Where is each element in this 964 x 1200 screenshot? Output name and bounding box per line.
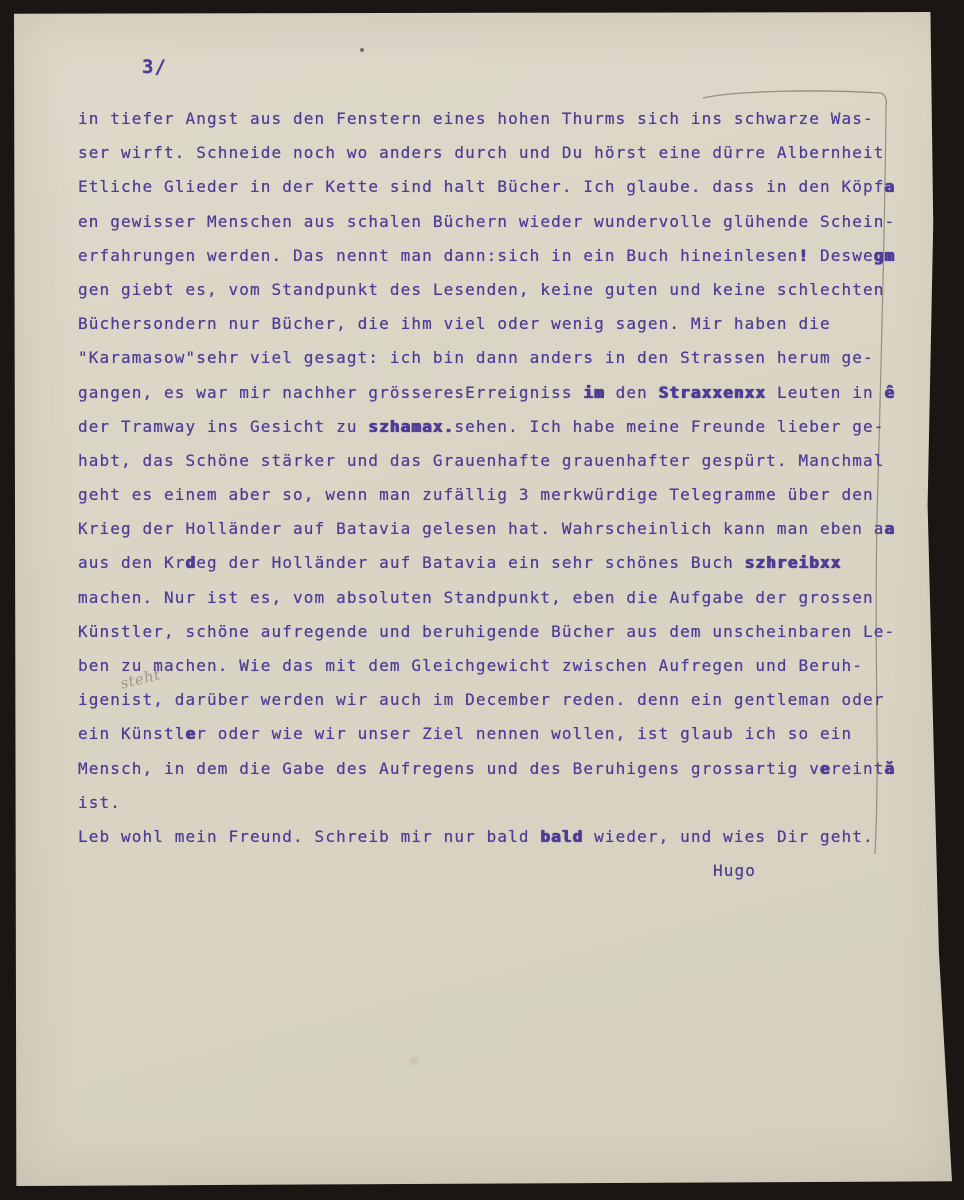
- overtyped-text: Straxxenxx: [659, 383, 767, 402]
- typed-text: Krieg der Holländer auf Batavia gelesen …: [78, 519, 884, 538]
- typed-text: "Karamasow"sehr viel gesagt: ich bin dan…: [78, 348, 874, 367]
- typed-text: Leuten in: [766, 383, 884, 402]
- typed-line: ben zu machen. Wie das mit dem Gleichgew…: [78, 649, 908, 683]
- typed-text: en gewisser Menschen aus schalen Büchern…: [78, 212, 895, 231]
- overtyped-text: gm: [874, 246, 896, 265]
- overtyped-text: bald: [540, 827, 583, 846]
- typed-text: sehen. Ich habe meine Freunde lieber ge-: [454, 417, 884, 436]
- overtyped-text: szhamax.: [368, 417, 454, 436]
- typed-line: in tiefer Angst aus den Fenstern eines h…: [78, 102, 908, 136]
- typed-line: Mensch, in dem die Gabe des Aufregens un…: [78, 752, 908, 786]
- typed-line: Büchersondern nur Bücher, die ihm viel o…: [78, 307, 908, 341]
- typed-line: Leb wohl mein Freund. Schreib mir nur ba…: [78, 820, 908, 854]
- typed-text: igenist, darüber werden wir auch im Dece…: [78, 690, 884, 709]
- typed-line: gen giebt es, vom Standpunkt des Lesende…: [78, 273, 908, 307]
- overtyped-text: a: [884, 519, 895, 538]
- overtyped-text: !: [798, 246, 809, 265]
- typed-text: Leb wohl mein Freund. Schreib mir nur ba…: [78, 827, 540, 846]
- typed-text: gen giebt es, vom Standpunkt des Lesende…: [78, 280, 884, 299]
- typed-text: geht es einem aber so, wenn man zufällig…: [78, 485, 874, 504]
- typed-text: wieder, und wies Dir geht.: [583, 827, 873, 846]
- typed-text: Künstler, schöne aufregende und beruhige…: [78, 622, 895, 641]
- typed-line: Krieg der Holländer auf Batavia gelesen …: [78, 512, 908, 546]
- typed-text: der Tramway ins Gesicht zu: [78, 417, 368, 436]
- typed-line: en gewisser Menschen aus schalen Büchern…: [78, 205, 908, 239]
- typed-line: erfahrungen werden. Das nennt man dann:s…: [78, 239, 908, 273]
- typed-text: aus den Kr: [78, 553, 186, 572]
- typed-text: den: [605, 383, 659, 402]
- typed-line: Etliche Glieder in der Kette sind halt B…: [78, 170, 908, 204]
- typed-text: in tiefer Angst aus den Fenstern eines h…: [78, 109, 874, 128]
- paper-stain: [409, 1057, 419, 1065]
- signature-line: Hugo: [78, 854, 908, 888]
- typed-text: erfahrungen werden. Das nennt man dann:s…: [78, 246, 798, 265]
- typed-line: der Tramway ins Gesicht zu szhamax.sehen…: [78, 410, 908, 444]
- typed-line: igenist, darüber werden wir auch im Dece…: [78, 683, 908, 717]
- typed-line: geht es einem aber so, wenn man zufällig…: [78, 478, 908, 512]
- typed-text: Etliche Glieder in der Kette sind halt B…: [78, 177, 884, 196]
- typed-line: Künstler, schöne aufregende und beruhige…: [78, 615, 908, 649]
- typed-lines: in tiefer Angst aus den Fenstern eines h…: [78, 102, 908, 888]
- typed-text: ben zu machen. Wie das mit dem Gleichgew…: [78, 656, 863, 675]
- paper-speck: [360, 48, 364, 52]
- overtyped-text: e: [820, 759, 831, 778]
- overtyped-text: szhreibxx: [745, 553, 842, 572]
- overtyped-text: ă: [884, 759, 895, 778]
- overtyped-text: a: [884, 177, 895, 196]
- typed-text: ist.: [78, 793, 121, 812]
- typed-text: ser wirft. Schneide noch wo anders durch…: [78, 143, 884, 162]
- typed-line: machen. Nur ist es, vom absoluten Standp…: [78, 581, 908, 615]
- typed-line: gangen, es war mir nachher grösseresErre…: [78, 376, 908, 410]
- typed-text: Büchersondern nur Bücher, die ihm viel o…: [78, 314, 831, 333]
- typed-text: ein Künstl: [78, 724, 186, 743]
- typed-text: Hugo: [713, 861, 756, 880]
- typed-text: Mensch, in dem die Gabe des Aufregens un…: [78, 759, 820, 778]
- typed-text: Deswe: [809, 246, 874, 265]
- typed-line: aus den Krdeg der Holländer auf Batavia …: [78, 546, 908, 580]
- typed-text: reint: [831, 759, 885, 778]
- page-number: 3/: [142, 56, 167, 78]
- typed-line: ist.: [78, 786, 908, 820]
- overtyped-text: e: [186, 724, 197, 743]
- typed-line: ser wirft. Schneide noch wo anders durch…: [78, 136, 908, 170]
- typed-text: r oder wie wir unser Ziel nennen wollen,…: [196, 724, 852, 743]
- typed-text: machen. Nur ist es, vom absoluten Standp…: [78, 588, 874, 607]
- typed-line: habt, das Schöne stärker und das Grauenh…: [78, 444, 908, 478]
- typed-text: eg der Holländer auf Batavia ein sehr sc…: [196, 553, 744, 572]
- typed-text: gangen, es war mir nachher grösseresErre…: [78, 383, 583, 402]
- typed-line: ein Künstler oder wie wir unser Ziel nen…: [78, 717, 908, 751]
- typed-text: habt, das Schöne stärker und das Grauenh…: [78, 451, 884, 470]
- overtyped-text: im: [583, 383, 605, 402]
- overtyped-text: d: [186, 553, 197, 572]
- overtyped-text: ê: [884, 383, 895, 402]
- letter-page: 3/ steht in tiefer Angst aus den Fenster…: [14, 12, 952, 1186]
- typed-line: "Karamasow"sehr viel gesagt: ich bin dan…: [78, 341, 908, 375]
